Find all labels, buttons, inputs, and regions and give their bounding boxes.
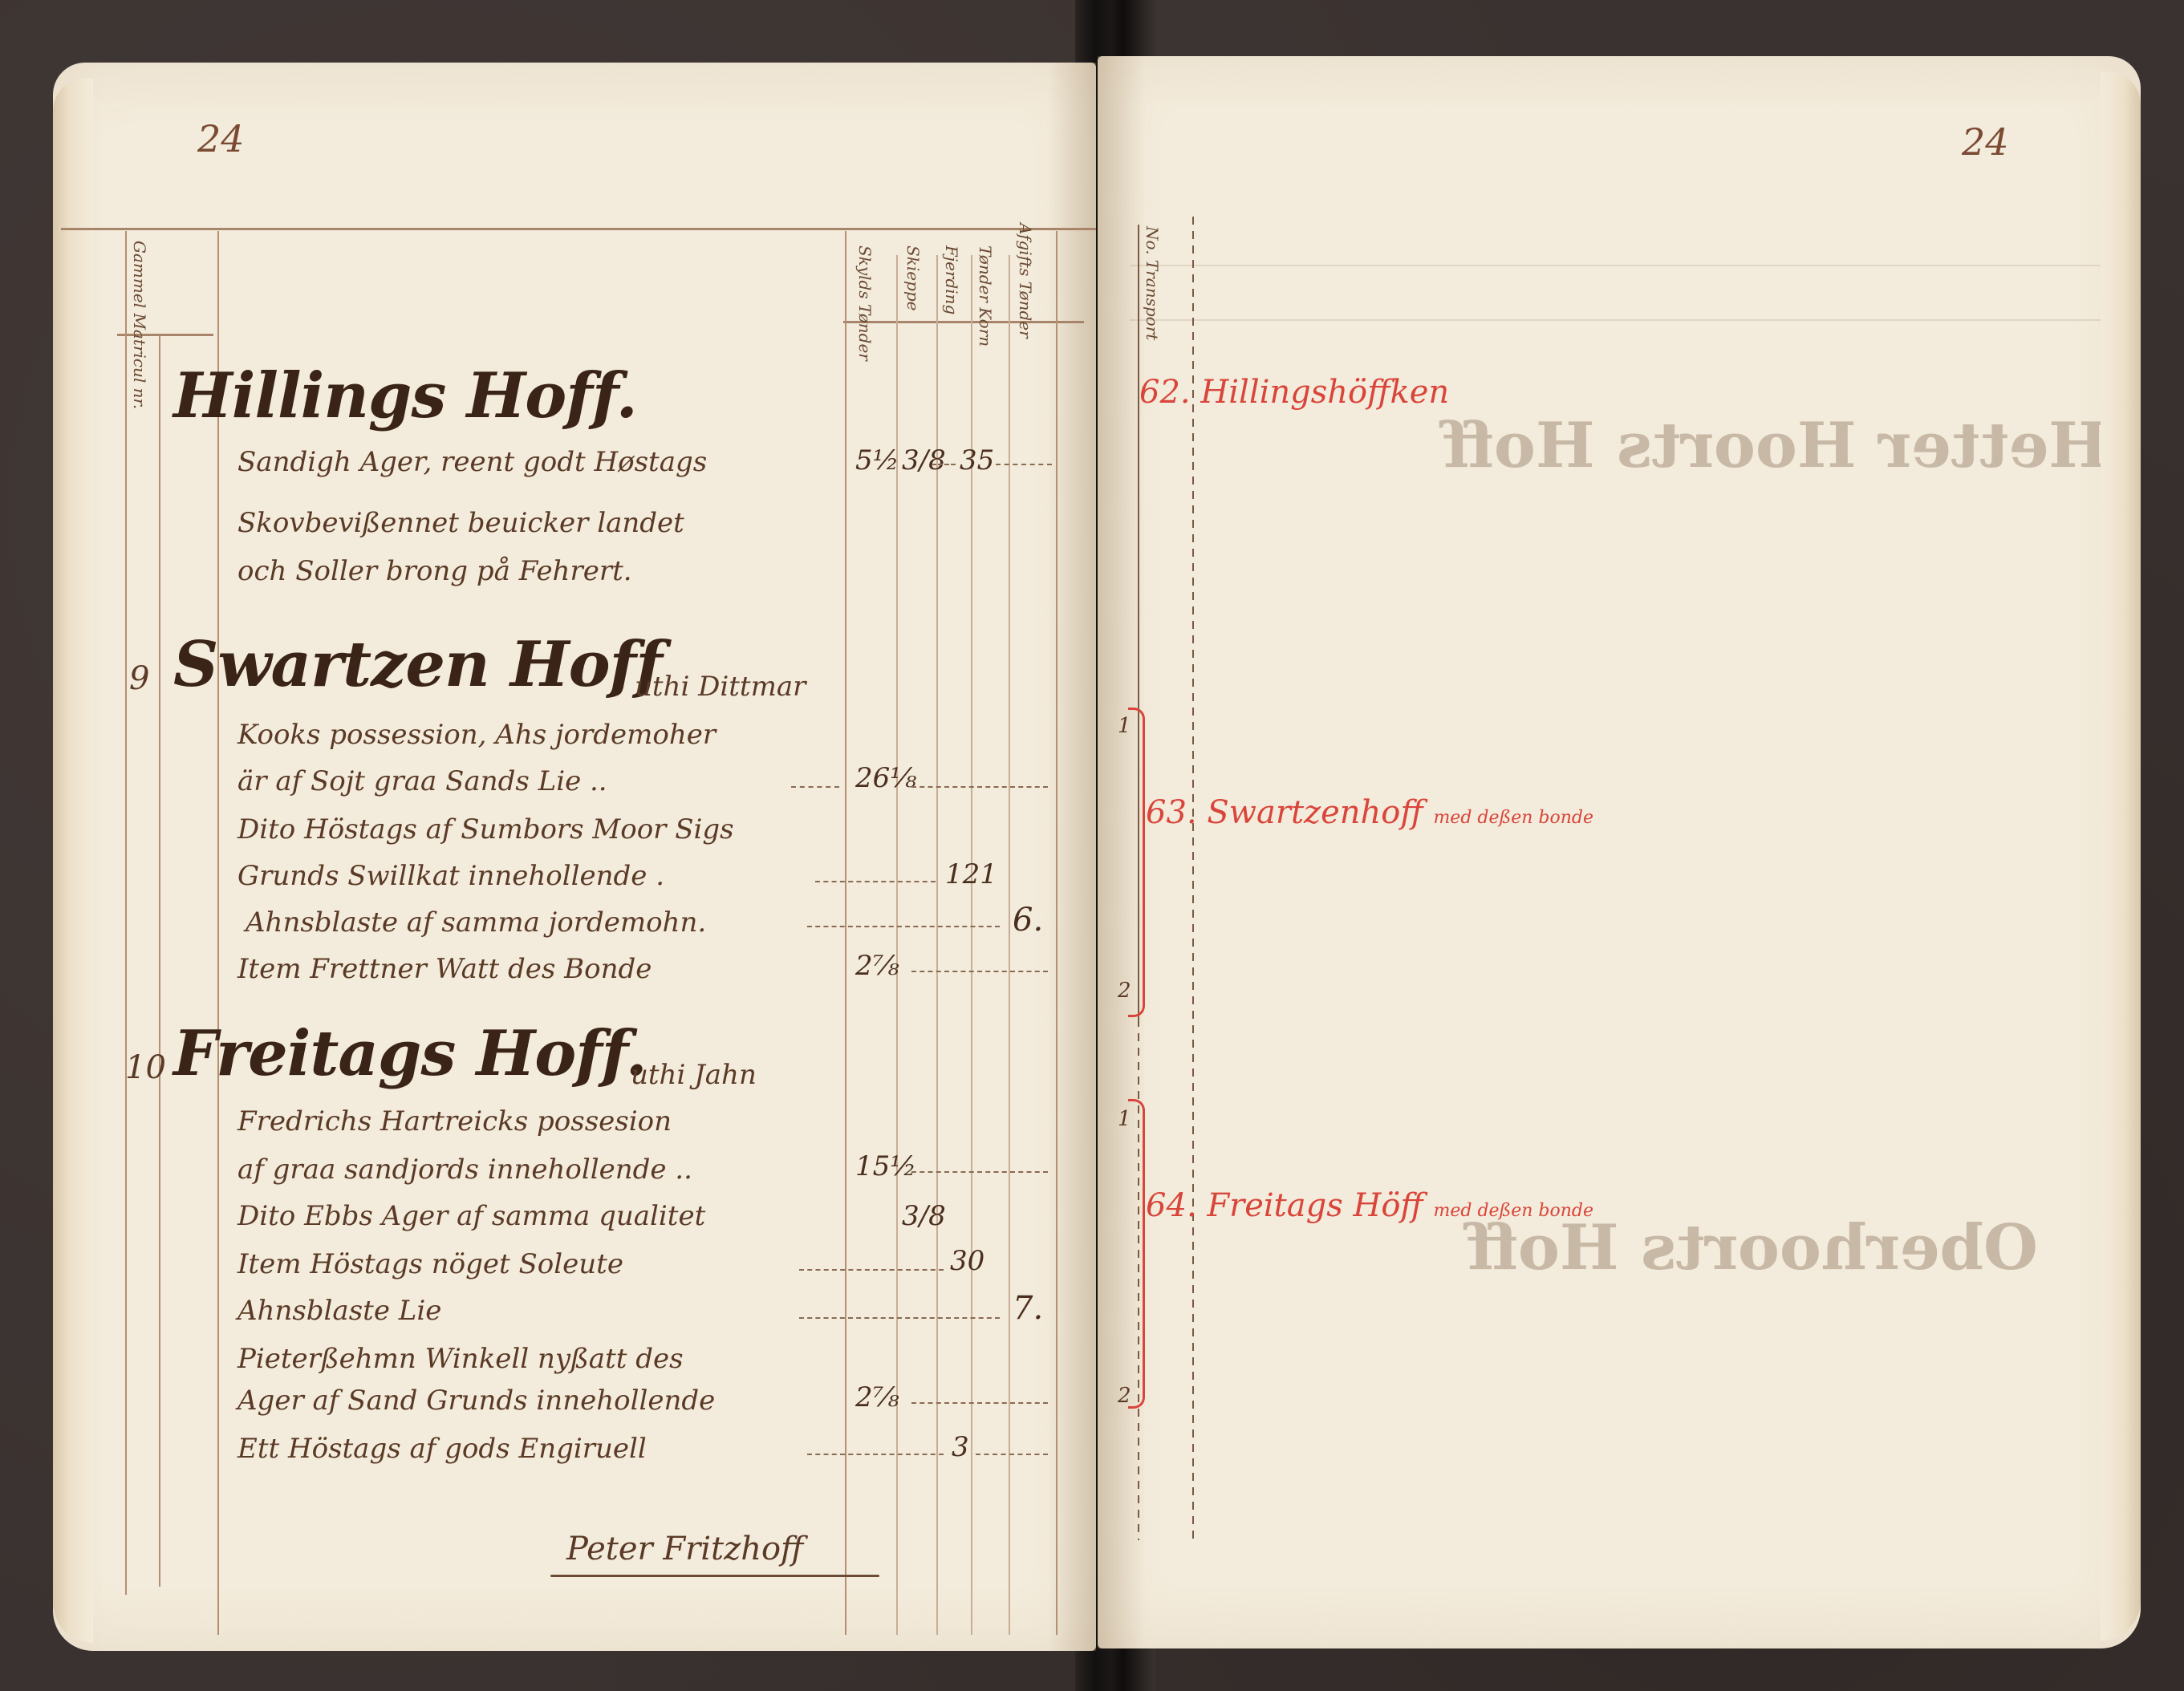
value-tonder-korn: 30 (950, 1245, 984, 1277)
value-skyld: 26⅛ (855, 762, 916, 794)
entry-heading-hillings-hoff: Hillings Hoff. (173, 359, 637, 432)
leader-dots (911, 1171, 1048, 1173)
value-tonder-korn: 121 (945, 858, 997, 890)
matricul-number: 10 (125, 1049, 166, 1086)
bleed-through-heading: Hetter Hoorts Hoff (1443, 409, 2108, 482)
entry-line: är af Sojt graa Sands Lie .. (237, 765, 607, 797)
left-page: 24 Gammel Matricul nr. Skylds Tønder Ski… (53, 63, 1096, 1651)
red-entry-63: 63. Swartzenhoff med deßen bonde (1146, 794, 1593, 831)
folio-number: 24 (1962, 120, 2009, 164)
value-skieppe: 3/8 (902, 444, 946, 476)
transport-column-rule-2 (1192, 217, 1194, 1540)
red-bracket (1128, 708, 1145, 1017)
column-header-fjerding: Fjerding (942, 245, 961, 319)
value-tonder-korn: 35 (960, 444, 994, 476)
entry-name: Freitags Höff (1207, 1187, 1423, 1224)
leader-dots (815, 881, 936, 882)
entry-line: Sandigh Ager, reent godt Høstags (237, 446, 707, 478)
leader-dots (911, 971, 1048, 972)
entry-number: 63. (1146, 794, 1197, 831)
entry-line: Pieterßehmn Winkell nyßatt des (237, 1343, 684, 1375)
entry-line: Item Frettner Watt des Bonde (237, 953, 652, 985)
bleed-rule (1130, 319, 2125, 321)
red-entry-62: 62. Hillingshöffken (1139, 374, 1449, 411)
column-header-tonder-korn: Tønder Korn (976, 245, 995, 319)
entry-number: 62. (1139, 374, 1191, 411)
leader-dots (799, 1317, 1000, 1319)
entry-line: Dito Ebbs Ager af samma qualitet (237, 1200, 705, 1232)
folio-number: 24 (197, 117, 245, 160)
column-header-matricul: Gammel Matricul nr. (130, 241, 149, 329)
header-rule-bottom-right (843, 321, 1084, 323)
leader-dots (996, 464, 1052, 465)
entry-line: Skovbevißennet beuicker landet (237, 507, 684, 539)
leader-dots (807, 1454, 944, 1455)
leader-dots (807, 926, 1000, 927)
value-skyld: 15½ (855, 1150, 916, 1182)
leader-dots (932, 464, 956, 465)
right-page: 24 No. Transport 62. Hillingshöffken 1 2… (1098, 56, 2141, 1648)
column-header-skieppe: Skieppe (903, 245, 923, 319)
column-rule-6 (1056, 231, 1057, 1635)
value-skieppe: 3/8 (902, 1200, 946, 1232)
matricul-number: 9 (129, 660, 149, 697)
entry-line: Grunds Swillkat innehollende . (237, 860, 664, 892)
entry-line: Ahnsblaste af samma jordemohn. (246, 906, 706, 939)
margin-rule-1 (125, 231, 127, 1595)
entry-line: Fredrichs Hartreicks possesion (237, 1105, 672, 1137)
entry-line: Item Höstags nöget Soleute (237, 1248, 623, 1280)
entry-name: Hillingshöffken (1200, 374, 1449, 411)
value-skyld: 2⅞ (855, 950, 899, 982)
entry-heading-swartzen-hoff: Swartzen Hoff (173, 628, 662, 701)
entry-line: Ager af Sand Grunds innehollende (237, 1385, 715, 1417)
value-afgift: 7. (1013, 1290, 1043, 1327)
value-skyld: 2⅞ (855, 1381, 899, 1413)
gutter-shadow (1048, 63, 1096, 1651)
entry-heading-suffix: uthi Jahn (631, 1059, 757, 1091)
column-header-skyld: Skylds Tønder (855, 245, 875, 319)
value-skyld: 5½ (855, 444, 899, 476)
bleed-rule (1130, 265, 2125, 266)
entry-line: Ahnsblaste Lie (237, 1295, 441, 1327)
entry-heading-suffix: uthi Dittmar (635, 671, 806, 703)
signature-underline (550, 1575, 879, 1577)
leader-dots (791, 786, 839, 788)
column-header-afgift: Afgifts Tønder (1016, 223, 1035, 319)
bleed-through-heading: Oberhoorts Hoff (1467, 1211, 2038, 1284)
value-tonder-korn: 3 (952, 1431, 969, 1463)
leader-dots (976, 1454, 1048, 1455)
entry-line: af graa sandjords innehollende .. (237, 1154, 692, 1186)
entry-heading-freitags-hoff: Freitags Hoff. (173, 1017, 647, 1090)
entry-line: Ett Höstags af gods Engiruell (237, 1433, 647, 1465)
entry-line: och Soller brong på Fehrert. (237, 555, 632, 587)
margin-rule-2 (159, 335, 160, 1587)
red-bracket (1128, 1099, 1145, 1409)
leader-dots (911, 786, 1048, 788)
entry-line: Kooks possession, Ahs jordemoher (237, 719, 716, 751)
entry-line: Dito Höstags af Sumbors Moor Sigs (237, 813, 734, 845)
signature: Peter Fritzhoff (566, 1531, 803, 1567)
entry-number: 64. (1146, 1187, 1197, 1224)
header-rule-top (61, 228, 1096, 230)
leader-dots (911, 1402, 1048, 1404)
leader-dots (799, 1269, 944, 1271)
column-rule-1 (845, 231, 846, 1635)
column-rule-5 (1009, 255, 1010, 1635)
entry-name: Swartzenhoff (1207, 794, 1423, 831)
value-afgift: 6. (1013, 902, 1043, 939)
margin-rule-3 (217, 231, 219, 1635)
column-header-transport: No. Transport (1143, 226, 1162, 314)
entry-note: med deßen bonde (1433, 808, 1593, 828)
